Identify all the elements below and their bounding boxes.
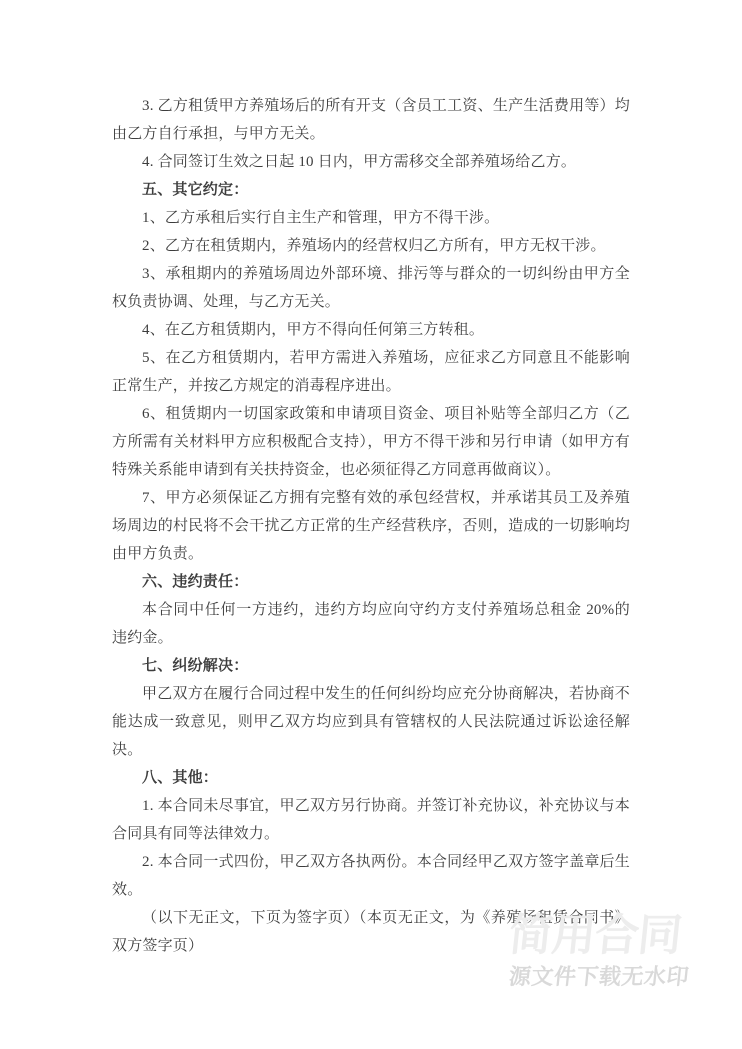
- contract-paragraph: 5、在乙方租赁期内，若甲方需进入养殖场，应征求乙方同意且不能影响正常生产，并按乙…: [112, 344, 630, 400]
- contract-paragraph: 7、甲方必须保证乙方拥有完整有效的承包经营权，并承诺其员工及养殖场周边的村民将不…: [112, 484, 630, 568]
- contract-paragraph: 2、乙方在租赁期内，养殖场内的经营权归乙方所有，甲方无权干涉。: [112, 232, 630, 260]
- section-heading: 七、纠纷解决：: [112, 652, 630, 680]
- contract-page: 3. 乙方租赁甲方养殖场后的所有开支（含员工工资、生产生活费用等）均由乙方自行承…: [0, 0, 742, 1049]
- contract-paragraph: 6、租赁期内一切国家政策和申请项目资金、项目补贴等全部归乙方（乙方所需有关材料甲…: [112, 400, 630, 484]
- contract-paragraph: 3. 乙方租赁甲方养殖场后的所有开支（含员工工资、生产生活费用等）均由乙方自行承…: [112, 92, 630, 148]
- contract-paragraph: 本合同中任何一方违约，违约方均应向守约方支付养殖场总租金 20%的违约金。: [112, 596, 630, 652]
- contract-paragraph: 甲乙双方在履行合同过程中发生的任何纠纷均应充分协商解决，若协商不能达成一致意见，…: [112, 680, 630, 764]
- contract-paragraph: 1、乙方承租后实行自主生产和管理，甲方不得干涉。: [112, 204, 630, 232]
- contract-body: 3. 乙方租赁甲方养殖场后的所有开支（含员工工资、生产生活费用等）均由乙方自行承…: [112, 92, 630, 960]
- contract-paragraph: 4. 合同签订生效之日起 10 日内，甲方需移交全部养殖场给乙方。: [112, 148, 630, 176]
- contract-paragraph: 3、承租期内的养殖场周边外部环境、排污等与群众的一切纠纷由甲方全权负责协调、处理…: [112, 260, 630, 316]
- watermark-tagline: 源文件下载无水印: [508, 964, 691, 990]
- contract-paragraph: 4、在乙方租赁期内，甲方不得向任何第三方转租。: [112, 316, 630, 344]
- contract-paragraph: 2. 本合同一式四份，甲乙双方各执两份。本合同经甲乙双方签字盖章后生效。: [112, 848, 630, 904]
- section-heading: 五、其它约定：: [112, 176, 630, 204]
- section-heading: 八、其他：: [112, 764, 630, 792]
- contract-paragraph: （以下无正文，下页为签字页）（本页无正文，为《养殖场租赁合同书》双方签字页）: [112, 904, 630, 960]
- contract-paragraph: 1. 本合同未尽事宜，甲乙双方另行协商。并签订补充协议，补充协议与本合同具有同等…: [112, 792, 630, 848]
- section-heading: 六、违约责任：: [112, 568, 630, 596]
